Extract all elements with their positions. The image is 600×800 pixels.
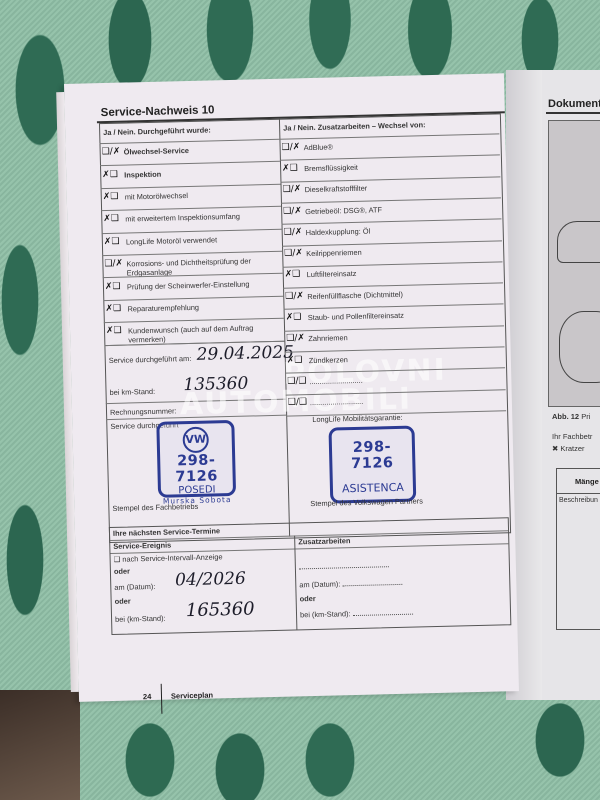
yes-no-checkbox[interactable]: ✗❑ (103, 214, 119, 224)
floor-shadow (0, 690, 80, 800)
yes-no-checkbox[interactable]: ✗❑ (105, 304, 121, 314)
dotted-line (299, 561, 389, 572)
yes-no-checkbox[interactable]: ❑/✗ (102, 147, 121, 157)
yes-no-checkbox[interactable]: ❑/❑ (287, 376, 306, 386)
partner-stamp-number: 298-7126 (332, 439, 413, 473)
label: bei (km-Stand): (300, 609, 351, 619)
partner-stamp: 298-7126 ASISTENCA (328, 426, 416, 504)
car-side-drawing (559, 311, 600, 383)
legend-scratch: ✖ Kratzer (552, 444, 585, 453)
or-label: oder (115, 598, 131, 607)
yes-no-checkbox[interactable]: ✗❑ (286, 312, 302, 322)
service-event-header: Service-Ereignis (113, 542, 171, 552)
column-divider (294, 535, 297, 629)
footer-section: Serviceplan (171, 691, 213, 701)
next-service-box: Ihre nächsten Service-Termine Service-Er… (109, 517, 512, 635)
yes-no-checkbox[interactable]: ✗❑ (287, 355, 303, 365)
partner-stamp-name: ASISTENCA (333, 481, 413, 496)
yes-no-checkbox[interactable]: ✗❑ (104, 236, 120, 246)
footer-rule (161, 684, 163, 714)
yes-no-checkbox[interactable]: ✗❑ (282, 163, 298, 173)
right-page-title: Dokument (548, 98, 600, 110)
next-km-handwritten: 165360 (186, 599, 255, 622)
or-label: oder (114, 568, 130, 577)
yes-no-checkbox[interactable]: ❑/✗ (283, 206, 302, 216)
fachbetrieb-label: Ihr Fachbetr (552, 432, 592, 441)
defects-table: Mänge Beschreibun (556, 468, 600, 630)
km-label: bei km-Stand: (109, 388, 155, 398)
yes-no-checkbox[interactable]: ❑/✗ (283, 184, 302, 194)
service-date-handwritten: 29.04.2025 (196, 342, 294, 364)
yes-no-checkbox[interactable]: ❑/❑ (288, 397, 307, 407)
car-figure (548, 120, 600, 407)
label: am (Datum): (299, 579, 340, 589)
defects-first-cell: Beschreibun (559, 497, 598, 504)
yes-no-checkbox[interactable]: ❑/✗ (285, 291, 304, 301)
yes-no-checkbox[interactable]: ❑/✗ (286, 334, 305, 344)
col2-km-label: bei (km-Stand): (300, 609, 413, 620)
next-date-handwritten: 04/2026 (175, 569, 246, 591)
right-checklist (64, 73, 504, 84)
date-label: am (Datum): (114, 583, 155, 593)
col2-date-label: am (Datum): (299, 579, 402, 590)
yes-no-checkbox[interactable]: ✗❑ (103, 192, 119, 202)
dealer-stamp: VW 298-7126 POSEDI Murska Sobota (156, 420, 236, 498)
figure-number: Abb. 12 (552, 412, 579, 421)
yes-no-checkbox[interactable]: ❑/✗ (284, 248, 303, 258)
invoice-label: Rechnungsnummer: (110, 407, 177, 417)
yes-no-checkbox[interactable]: ❑/✗ (281, 142, 300, 152)
yes-no-checkbox[interactable]: ❑/✗ (104, 259, 123, 269)
left-page: Service-Nachweis 10 Ja / Nein. Durchgefü… (64, 73, 519, 702)
col2-or-label: oder (300, 595, 316, 604)
interval-option-label: nach Service-Intervall-Anzeige (122, 552, 222, 563)
interval-option[interactable]: ❑ nach Service-Intervall-Anzeige (114, 553, 223, 564)
defects-header: Mänge (575, 477, 599, 486)
yes-no-checkbox[interactable]: ✗❑ (285, 270, 301, 280)
yes-no-checkbox[interactable]: ✗❑ (102, 169, 118, 179)
figure-text: Pri (581, 412, 590, 421)
km-label: bei (km-Stand): (115, 615, 166, 625)
yes-no-checkbox[interactable]: ✗❑ (105, 281, 121, 291)
car-front-drawing (557, 221, 600, 263)
vw-logo-icon: VW (182, 427, 209, 454)
yes-no-checkbox[interactable]: ❑/✗ (284, 227, 303, 237)
additional-work-header: Zusatzarbeiten (298, 537, 350, 547)
dealer-stamp-number: 298-7126 (160, 452, 233, 486)
right-page: Dokument Abb. 12 Pri Ihr Fachbetr ✖ Krat… (506, 70, 600, 700)
page-title: Service-Nachweis 10 (101, 104, 215, 119)
page-number: 24 (143, 692, 152, 701)
yes-no-checkbox[interactable]: ✗❑ (106, 326, 122, 336)
figure-caption: Abb. 12 Pri (552, 412, 590, 421)
left-checklist (64, 73, 504, 84)
divider (557, 493, 600, 494)
title-rule (546, 112, 600, 114)
